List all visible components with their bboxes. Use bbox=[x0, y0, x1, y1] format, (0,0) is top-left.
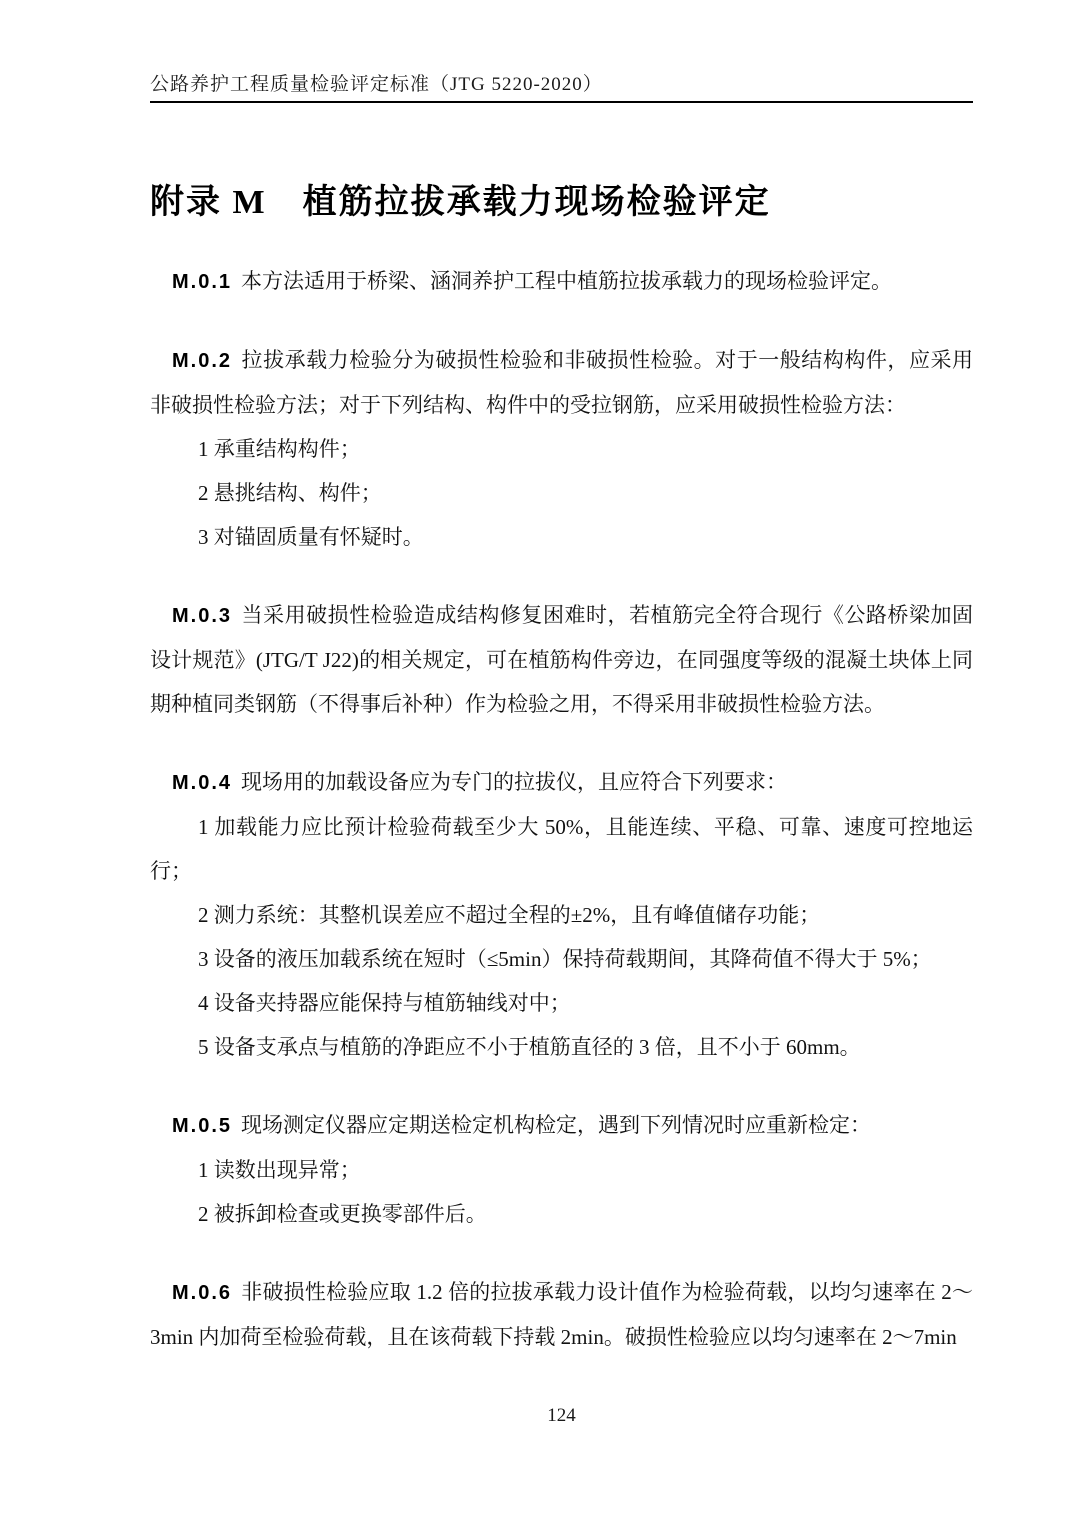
clause-paragraph: M.0.6非破损性检验应取 1.2 倍的拉拔承载力设计值作为检验荷载，以均匀速率… bbox=[150, 1270, 973, 1359]
clause-paragraph: M.0.5现场测定仪器应定期送检定机构检定，遇到下列情况时应重新检定： bbox=[150, 1103, 973, 1148]
clause-item: 2 悬挑结构、构件； bbox=[150, 471, 973, 515]
clause-item: 2 被拆卸检查或更换零部件后。 bbox=[150, 1192, 973, 1236]
clause-m-0-5: M.0.5现场测定仪器应定期送检定机构检定，遇到下列情况时应重新检定： 1 读数… bbox=[150, 1103, 973, 1236]
clause-item: 4 设备夹持器应能保持与植筋轴线对中； bbox=[150, 981, 973, 1025]
clause-m-0-4: M.0.4现场用的加载设备应为专门的拉拔仪，且应符合下列要求： 1 加载能力应比… bbox=[150, 760, 973, 1069]
clause-text: 现场测定仪器应定期送检定机构检定，遇到下列情况时应重新检定： bbox=[241, 1113, 871, 1137]
clause-paragraph: M.0.4现场用的加载设备应为专门的拉拔仪，且应符合下列要求： bbox=[150, 760, 973, 805]
clause-number: M.0.5 bbox=[172, 1115, 232, 1137]
clause-item: 1 承重结构构件； bbox=[150, 427, 973, 471]
appendix-title: 附录 M 植筋拉拔承载力现场检验评定 bbox=[150, 183, 973, 223]
clause-number: M.0.6 bbox=[172, 1282, 232, 1304]
clause-paragraph: M.0.3当采用破损性检验造成结构修复困难时，若植筋完全符合现行《公路桥梁加固设… bbox=[150, 593, 973, 726]
clause-text: 非破损性检验应取 1.2 倍的拉拔承载力设计值作为检验荷载，以均匀速率在 2～3… bbox=[150, 1280, 973, 1349]
clause-text: 拉拔承载力检验分为破损性检验和非破损性检验。对于一般结构构件，应采用非破损性检验… bbox=[150, 348, 973, 417]
clause-number: M.0.4 bbox=[172, 772, 232, 794]
clause-number: M.0.3 bbox=[172, 605, 232, 627]
clause-number: M.0.1 bbox=[172, 271, 232, 293]
document-page: 公路养护工程质量检验评定标准（JTG 5220-2020） 附录 M 植筋拉拔承… bbox=[150, 0, 973, 1359]
clause-text: 本方法适用于桥梁、涵洞养护工程中植筋拉拔承载力的现场检验评定。 bbox=[241, 269, 892, 293]
clause-item: 3 设备的液压加载系统在短时（≤5min）保持荷载期间，其降荷值不得大于 5%； bbox=[150, 937, 973, 981]
clause-text: 当采用破损性检验造成结构修复困难时，若植筋完全符合现行《公路桥梁加固设计规范》(… bbox=[150, 603, 973, 716]
clause-item: 3 对锚固质量有怀疑时。 bbox=[150, 515, 973, 559]
clause-m-0-1: M.0.1本方法适用于桥梁、涵洞养护工程中植筋拉拔承载力的现场检验评定。 bbox=[150, 259, 973, 304]
clause-number: M.0.2 bbox=[172, 350, 232, 372]
clause-m-0-3: M.0.3当采用破损性检验造成结构修复困难时，若植筋完全符合现行《公路桥梁加固设… bbox=[150, 593, 973, 726]
running-header: 公路养护工程质量检验评定标准（JTG 5220-2020） bbox=[150, 0, 973, 96]
clause-paragraph: M.0.1本方法适用于桥梁、涵洞养护工程中植筋拉拔承载力的现场检验评定。 bbox=[150, 259, 973, 304]
clause-item: 1 读数出现异常； bbox=[150, 1148, 973, 1192]
clause-item: 2 测力系统：其整机误差应不超过全程的±2%，且有峰值储存功能； bbox=[150, 893, 973, 937]
clause-paragraph: M.0.2拉拔承载力检验分为破损性检验和非破损性检验。对于一般结构构件，应采用非… bbox=[150, 338, 973, 427]
clause-m-0-2: M.0.2拉拔承载力检验分为破损性检验和非破损性检验。对于一般结构构件，应采用非… bbox=[150, 338, 973, 559]
header-rule bbox=[150, 101, 973, 103]
clause-item: 5 设备支承点与植筋的净距应不小于植筋直径的 3 倍，且不小于 60mm。 bbox=[150, 1025, 973, 1069]
clause-m-0-6: M.0.6非破损性检验应取 1.2 倍的拉拔承载力设计值作为检验荷载，以均匀速率… bbox=[150, 1270, 973, 1359]
page-number: 124 bbox=[150, 1404, 973, 1428]
clause-item: 1 加载能力应比预计检验荷载至少大 50%，且能连续、平稳、可靠、速度可控地运行… bbox=[150, 805, 973, 893]
clause-text: 现场用的加载设备应为专门的拉拔仪，且应符合下列要求： bbox=[241, 770, 787, 794]
